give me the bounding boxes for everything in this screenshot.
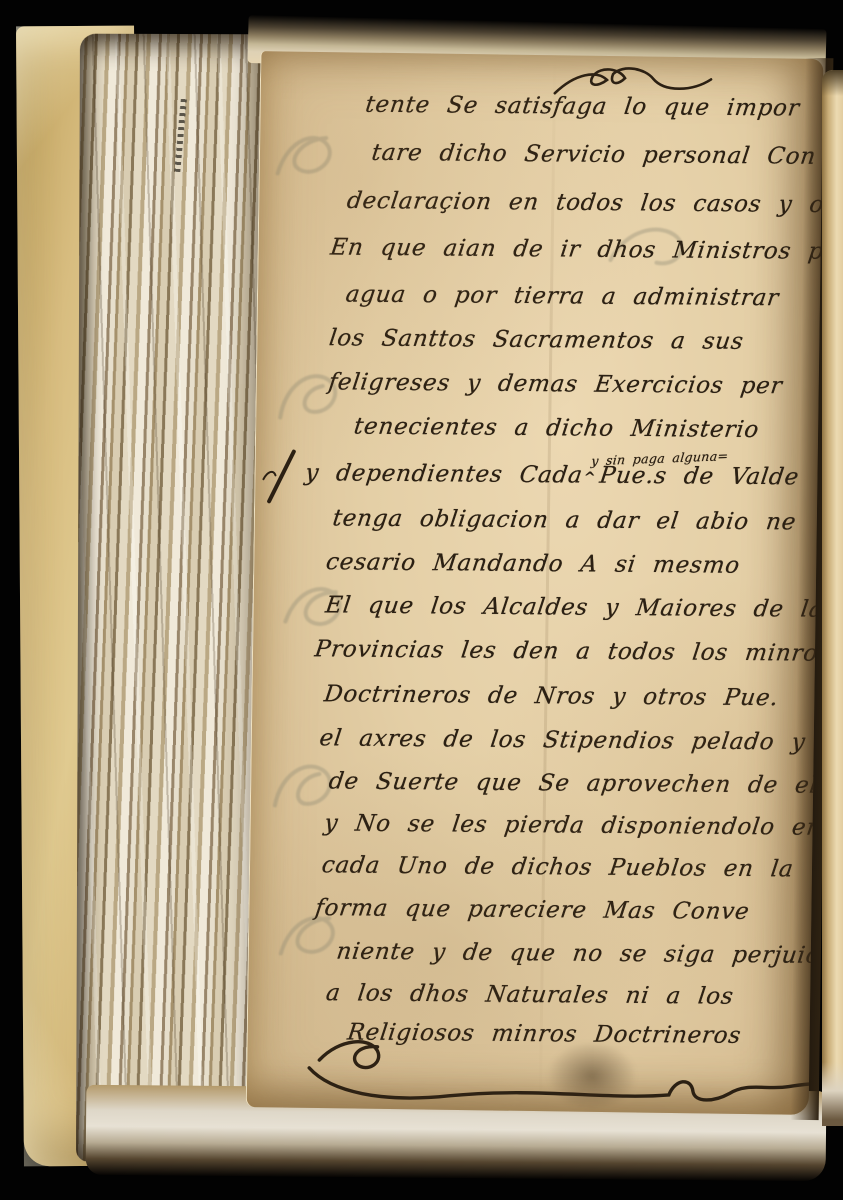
margin-mark-stroke xyxy=(259,447,300,508)
manuscript-line: los Santtos Sacramentos a sus xyxy=(328,325,746,355)
manuscript-line: cesario Mandando A si mesmo xyxy=(324,549,741,579)
manuscript-page: y sin paga alguna= ^ tente Se satisfaga … xyxy=(246,51,824,1115)
manuscript-line: tente Se satisfaga lo que impor xyxy=(364,92,802,122)
manuscript-line: declaraçion en todos los casos y ocasion… xyxy=(345,188,823,219)
manuscript-photograph: y sin paga alguna= ^ tente Se satisfaga … xyxy=(0,0,843,1200)
manuscript-line: forma que pareciere Mas Conve xyxy=(314,895,752,925)
manuscript-line: El que los Alcaldes y Maiores de las xyxy=(324,592,824,622)
manuscript-line: niente y de que no se siga perjuicio xyxy=(335,939,823,969)
manuscript-line: y No se les pierda disponiendolo en xyxy=(323,810,824,840)
manuscript-line: tenecientes a dicho Ministerio xyxy=(352,414,760,443)
manuscript-line: feligreses y demas Exercicios per xyxy=(327,369,784,399)
manuscript-line: y dependientes Cada Pue.s de Valde xyxy=(304,460,801,490)
manuscript-line: de Suerte que Se aprovechen de el xyxy=(327,768,819,798)
showthrough-flourish xyxy=(273,121,354,192)
manuscript-line: En que aian de ir dhos Ministros por xyxy=(329,235,824,265)
facing-page-edge xyxy=(822,70,843,1126)
manuscript-line: a los dhos Naturales ni a los xyxy=(324,980,735,1010)
fore-edge-inscription xyxy=(174,98,187,172)
manuscript-line: el axres de los Stipendios pelado y xyxy=(318,725,807,755)
manuscript-line: Provincias les den a todos los minros xyxy=(313,636,823,666)
manuscript-line: agua o por tierra a administrar xyxy=(344,281,781,311)
manuscript-line: tare dicho Servicio personal Con xyxy=(370,140,818,170)
manuscript-line: cada Uno de dichos Pueblos en la xyxy=(320,852,795,882)
manuscript-line: Doctrineros de Nros y otros Pue. xyxy=(323,681,781,711)
manuscript-line: tenga obligacion a dar el abio ne xyxy=(331,505,798,535)
ink-stain xyxy=(547,1040,638,1111)
